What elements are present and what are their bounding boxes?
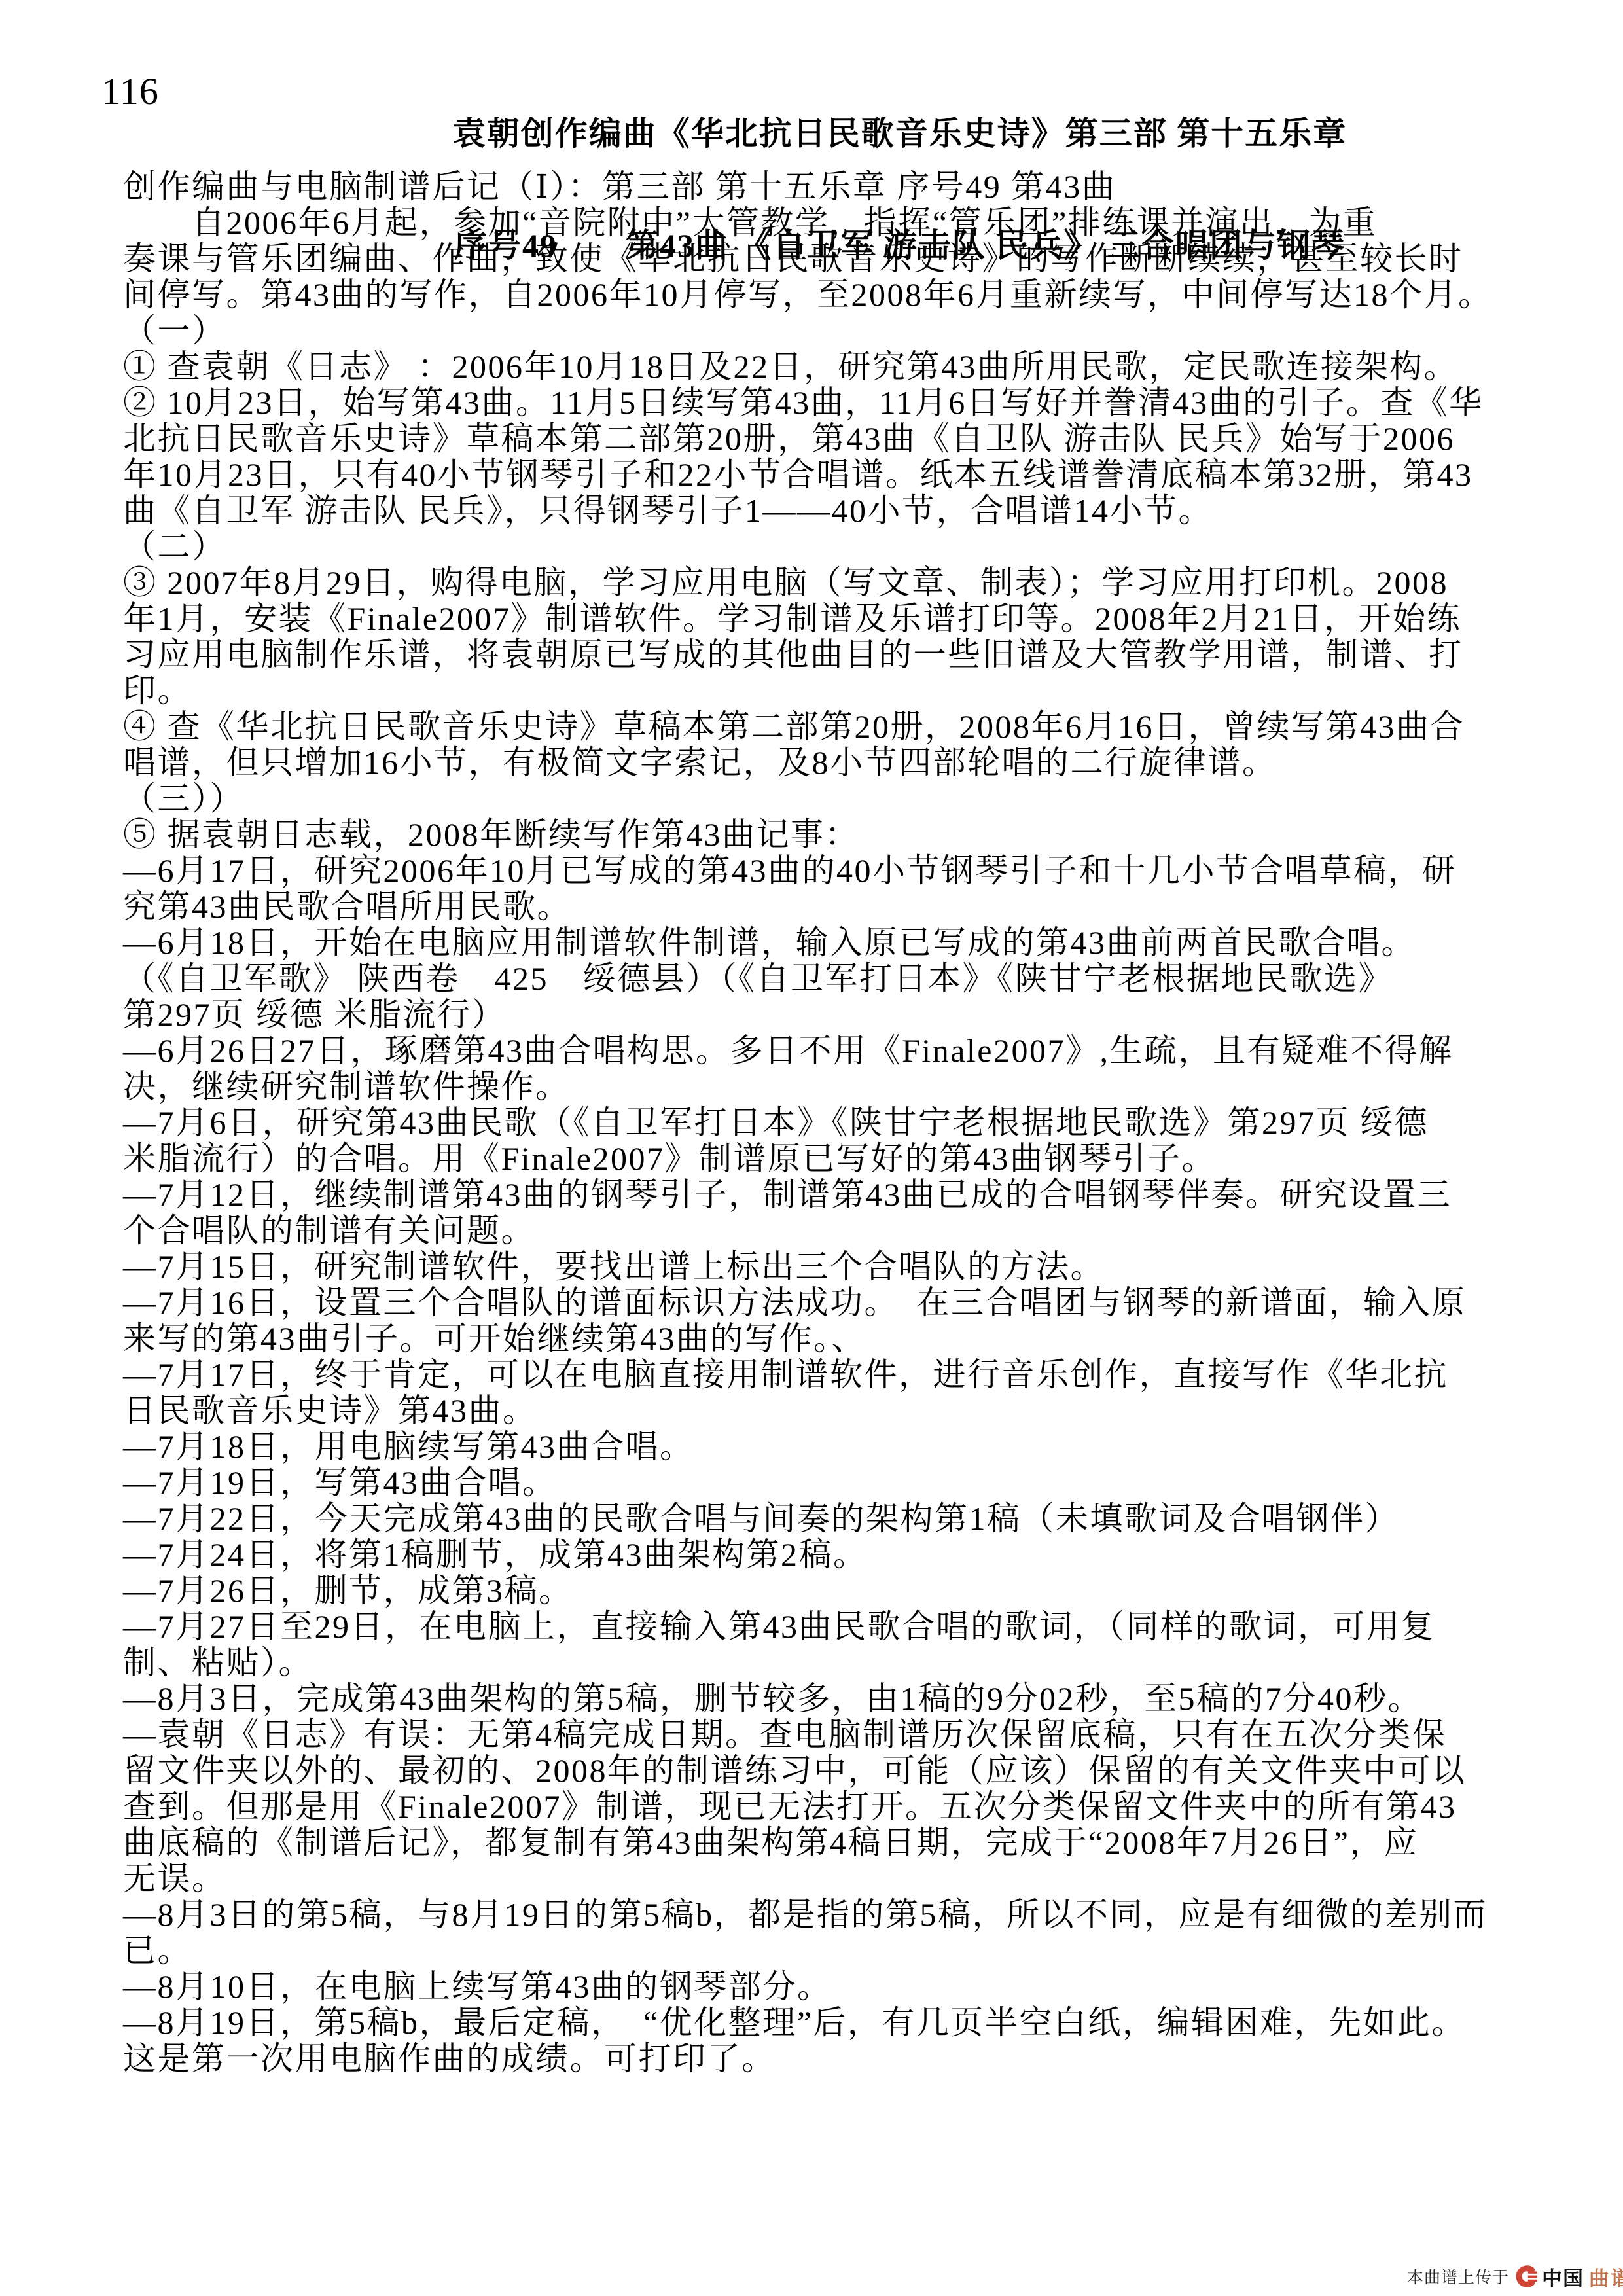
text-line: 印。: [123, 673, 1517, 709]
text-line: 奏课与管乐团编曲、作曲，致使《华北抗日民歌音乐史诗》的写作断断续续，甚至较长时: [123, 241, 1517, 277]
text-line: —7月18日，用电脑续写第43曲合唱。: [123, 1429, 1517, 1465]
text-line: 来写的第43曲引子。可开始继续第43曲的写作。、: [123, 1321, 1517, 1357]
text-line: —7月19日，写第43曲合唱。: [123, 1465, 1517, 1501]
text-line: ① 查袁朝《日志》 ：2006年10月18日及22日，研究第43曲所用民歌，定民…: [123, 349, 1517, 385]
text-line: 留文件夹以外的、最初的、2008年的制谱练习中，可能（应该）保留的有关文件夹中可…: [123, 1753, 1517, 1789]
text-line: —7月22日，今天完成第43曲的民歌合唱与间奏的架构第1稿（未填歌词及合唱钢伴）: [123, 1501, 1517, 1537]
text-line: —8月3日的第5稿，与8月19日的第5稿b，都是指的第5稿，所以不同，应是有细微…: [123, 1897, 1517, 1933]
text-line: 年1月，安装《Finale2007》制谱软件。学习制谱及乐谱打印等。2008年2…: [123, 601, 1517, 637]
text-line: 无误。: [123, 1861, 1517, 1897]
text-line: —8月19日，第5稿b，最后定稿， “优化整理”后，有几页半空白纸，编辑困难，先…: [123, 2005, 1517, 2041]
qupu-logo-icon: [1516, 2265, 1538, 2287]
watermark: 本曲谱上传于 中国 曲谱网: [1407, 2261, 1623, 2291]
text-line: （三））: [123, 781, 1517, 817]
text-line: 唱谱，但只增加16小节，有极简文字索记，及8小节四部轮唱的二行旋律谱。: [123, 745, 1517, 781]
text-line: 制、粘贴）。: [123, 1645, 1517, 1681]
page-number: 116: [101, 72, 159, 111]
text-line: 日民歌音乐史诗》第43曲。: [123, 1393, 1517, 1429]
text-line: （《自卫军歌》 陕西卷 425 绥德县）（《自卫军打日本》《陕甘宁老根据地民歌选…: [123, 961, 1517, 997]
text-line: 个合唱队的制谱有关问题。: [123, 1213, 1517, 1249]
text-line: ③ 2007年8月29日，购得电脑，学习应用电脑（写文章、制表）；学习应用打印机…: [123, 565, 1517, 601]
text-line: 年10月23日，只有40小节钢琴引子和22小节合唱谱。纸本五线谱誊清底稿本第32…: [123, 457, 1517, 493]
text-line: —6月26日27日，琢磨第43曲合唱构思。多日不用《Finale2007》,生疏…: [123, 1033, 1517, 1069]
watermark-upload-text: 本曲谱上传于: [1407, 2265, 1509, 2288]
text-line: —袁朝《日志》有误：无第4稿完成日期。查电脑制谱历次保留底稿，只有在五次分类保: [123, 1717, 1517, 1753]
brand-name-china: 中国: [1542, 2262, 1584, 2291]
text-line: —7月6日，研究第43曲民歌（《自卫军打日本》《陕甘宁老根据地民歌选》第297页…: [123, 1105, 1517, 1141]
text-line: 已。: [123, 1933, 1517, 1969]
text-line: —7月12日，继续制谱第43曲的钢琴引子，制谱第43曲已成的合唱钢琴伴奏。研究设…: [123, 1177, 1517, 1213]
text-line: —6月18日，开始在电脑应用制谱软件制谱，输入原已写成的第43曲前两首民歌合唱。: [123, 925, 1517, 961]
text-line: —7月16日，设置三个合唱队的谱面标识方法成功。 在三合唱团与钢琴的新谱面，输入…: [123, 1285, 1517, 1321]
text-line: 这是第一次用电脑作曲的成绩。可打印了。: [123, 2041, 1517, 2077]
text-line: 习应用电脑制作乐谱，将袁朝原已写成的其他曲目的一些旧谱及大管教学用谱，制谱、打: [123, 637, 1517, 673]
text-line: 第297页 绥德 米脂流行）: [123, 997, 1517, 1033]
text-line: —6月17日，研究2006年10月已写成的第43曲的40小节钢琴引子和十几小节合…: [123, 853, 1517, 889]
text-line: —7月24日，将第1稿删节，成第43曲架构第2稿。: [123, 1537, 1517, 1573]
text-line: —7月15日，研究制谱软件，要找出谱上标出三个合唱队的方法。: [123, 1249, 1517, 1285]
document-page: 116 袁朝创作编曲《华北抗日民歌音乐史诗》第三部 第十五乐章 序号49 第43…: [0, 0, 1623, 2296]
text-line: 北抗日民歌音乐史诗》草稿本第二部第20册，第43曲《自卫队 游击队 民兵》始写于…: [123, 421, 1517, 457]
text-line: 究第43曲民歌合唱所用民歌。: [123, 889, 1517, 925]
text-line: ② 10月23日，始写第43曲。11月5日续写第43曲，11月6日写好并誊清43…: [123, 385, 1517, 421]
text-line: 曲《自卫军 游击队 民兵》，只得钢琴引子1——40小节，合唱谱14小节。: [123, 493, 1517, 529]
text-line: 创作编曲与电脑制谱后记（Ⅰ）：第三部 第十五乐章 序号49 第43曲: [123, 169, 1517, 205]
text-line: ④ 查《华北抗日民歌音乐史诗》草稿本第二部第20册，2008年6月16日，曾续写…: [123, 709, 1517, 745]
text-line: —7月26日，删节，成第3稿。: [123, 1573, 1517, 1609]
text-line: （二）: [123, 529, 1517, 565]
text-line: —7月27日至29日，在电脑上，直接输入第43曲民歌合唱的歌词，（同样的歌词，可…: [123, 1609, 1517, 1645]
text-line: 米脂流行）的合唱。用《Finale2007》制谱原已写好的第43曲钢琴引子。: [123, 1141, 1517, 1177]
header-line-1: 袁朝创作编曲《华北抗日民歌音乐史诗》第三部 第十五乐章: [301, 115, 1499, 152]
text-line: 间停写。第43曲的写作，自2006年10月停写，至2008年6月重新续写，中间停…: [123, 277, 1517, 313]
text-line: ⑤ 据袁朝日志载，2008年断续写作第43曲记事：: [123, 817, 1517, 853]
text-line: 自2006年6月起，参加“音院附中”大管教学，指挥“管乐团”排练课并演出，为重: [123, 205, 1517, 241]
text-line: （一）: [123, 313, 1517, 349]
text-line: 曲底稿的《制谱后记》，都复制有第43曲架构第4稿日期，完成于“2008年7月26…: [123, 1825, 1517, 1861]
document-body: 创作编曲与电脑制谱后记（Ⅰ）：第三部 第十五乐章 序号49 第43曲 自2006…: [123, 169, 1517, 2077]
brand-name-qupu: 曲谱网: [1589, 2262, 1623, 2291]
text-line: 查到。但那是用《Finale2007》制谱，现已无法打开。五次分类保留文件夹中的…: [123, 1789, 1517, 1825]
text-line: —7月17日，终于肯定，可以在电脑直接用制谱软件，进行音乐创作，直接写作《华北抗: [123, 1357, 1517, 1393]
text-line: 决，继续研究制谱软件操作。: [123, 1069, 1517, 1105]
text-line: —8月10日，在电脑上续写第43曲的钢琴部分。: [123, 1969, 1517, 2005]
text-line: —8月3日，完成第43曲架构的第5稿，删节较多，由1稿的9分02秒，至5稿的7分…: [123, 1681, 1517, 1717]
